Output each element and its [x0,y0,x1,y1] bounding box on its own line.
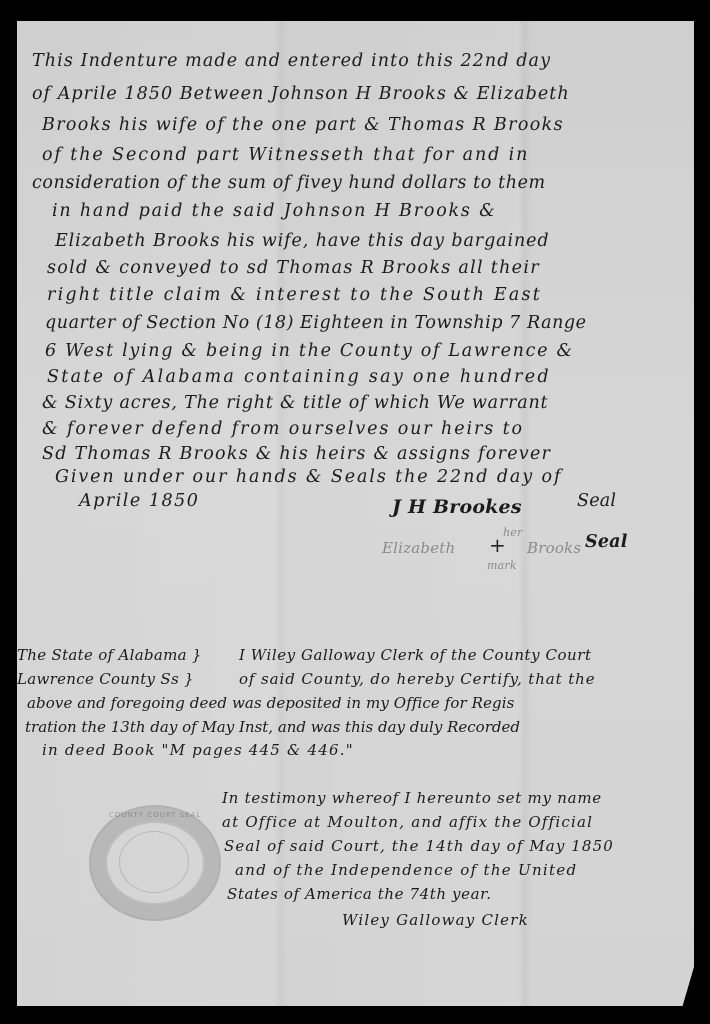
deed-line-13: & Sixty acres, The right & title of whic… [42,393,548,413]
deed-line-15: Sd Thomas R Brooks & his heirs & assigns… [42,444,551,464]
deed-line-1: This Indenture made and entered into thi… [32,51,672,71]
deed-line-16: Given under our hands & Seals the 22nd d… [55,467,562,487]
seal-mark-1: Seal [577,491,616,511]
signature-johnson-brooks: J H Brookes [392,496,522,518]
deed-line-9: right title claim & interest to the Sout… [47,285,542,305]
cert-body-line-1: above and foregoing deed was deposited i… [27,694,514,712]
cert-testimony-line-4: and of the Independence of the United [235,861,577,879]
deed-line-17: Aprile 1850 [79,491,199,511]
signature-mark-label: mark [487,559,517,572]
cert-testimony-line-3: Seal of said Court, the 14th day of May … [224,837,614,855]
deed-line-3: Brooks his wife of the one part & Thomas… [42,115,564,135]
deed-page: This Indenture made and entered into thi… [17,21,694,1006]
signature-elizabeth-name: Elizabeth [382,539,455,557]
cert-bracket-left-1: The State of Alabama } [17,646,202,664]
deed-line-7: Elizabeth Brooks his wife, have this day… [55,231,550,251]
signature-cross-mark: + [489,533,506,557]
deed-line-11: 6 West lying & being in the County of La… [45,341,574,361]
cert-testimony-line-1: In testimony whereof I hereunto set my n… [222,789,602,807]
seal-inner-ring [119,831,189,893]
clerk-signature: Wiley Galloway Clerk [342,911,529,929]
cert-bracket-right-1: I Wiley Galloway Clerk of the County Cou… [239,646,592,664]
cert-body-line-3: in deed Book "M pages 445 & 446." [42,741,354,759]
seal-mark-2: Seal [585,532,628,552]
deed-line-5: consideration of the sum of fivey hund d… [32,173,546,193]
deed-line-12: State of Alabama containing say one hund… [47,367,551,387]
cert-body-line-2: tration the 13th day of May Inst, and wa… [25,718,520,736]
cert-testimony-line-5: States of America the 74th year. [227,885,492,903]
signature-her-label: her [503,526,522,539]
deed-line-4: of the Second part Witnesseth that for a… [42,145,529,165]
seal-label: COUNTY COURT SEAL [91,811,219,819]
deed-line-14: & forever defend from ourselves our heir… [42,419,524,439]
deed-line-10: quarter of Section No (18) Eighteen in T… [45,313,587,333]
deed-line-2: of Aprile 1850 Between Johnson H Brooks … [32,84,570,104]
deed-line-8: sold & conveyed to sd Thomas R Brooks al… [47,258,540,278]
county-court-seal: COUNTY COURT SEAL [89,805,221,921]
cert-testimony-line-2: at Office at Moulton, and affix the Offi… [222,813,593,831]
deed-line-6: in hand paid the said Johnson H Brooks & [52,201,496,221]
cert-bracket-right-2: of said County, do hereby Certify, that … [239,670,595,688]
signature-elizabeth-surname: Brooks [527,539,581,557]
cert-bracket-left-2: Lawrence County Ss } [17,670,194,688]
